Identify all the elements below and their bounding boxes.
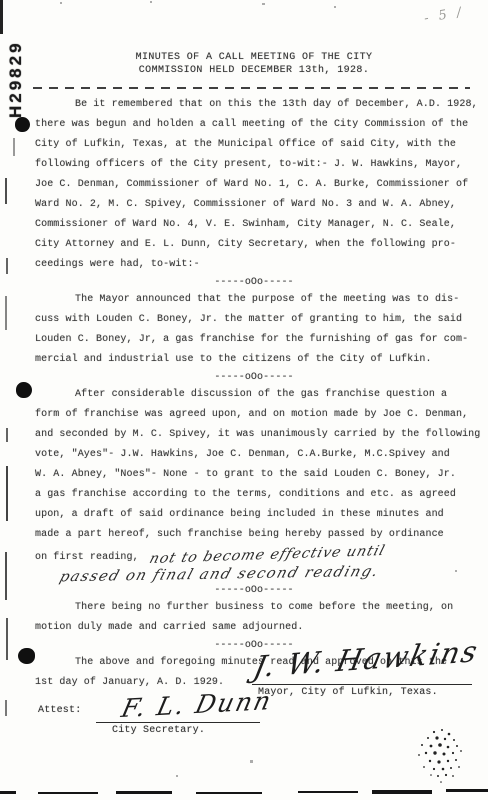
scan-edge-mark <box>298 791 358 793</box>
body-line: Joe C. Denman, Commissioner of Ward No. … <box>35 175 473 195</box>
scan-edge-mark <box>6 466 8 521</box>
scan-edge-mark <box>5 552 7 600</box>
body-line: Ward No. 2, M. C. Spivey, Commissioner o… <box>35 195 473 215</box>
scan-edge-mark <box>6 428 8 442</box>
body-line: mercial and industrial use to the citize… <box>35 350 473 370</box>
ink-blot <box>15 117 30 132</box>
secretary-title: City Secretary. <box>112 725 205 736</box>
scan-speck <box>334 6 336 8</box>
scan-edge-mark <box>6 618 8 660</box>
secretary-signature-line <box>96 722 260 723</box>
body-line: made a part hereof, such franchise being… <box>35 525 473 545</box>
body-line: W. A. Abney, "Noes"- None - to grant to … <box>35 465 473 485</box>
ink-blot <box>18 648 35 664</box>
heading-line-2: COMMISSION HELD DECEMBER 13th, 1928. <box>35 65 473 78</box>
body-line: There being no further business to come … <box>35 598 473 618</box>
scan-edge-mark <box>5 296 7 330</box>
typed-fragment: on first reading, <box>35 552 139 563</box>
mayor-title: Mayor, City of Lufkin, Texas. <box>258 687 438 698</box>
scan-edge-mark <box>6 258 8 274</box>
body-line: After considerable discussion of the gas… <box>35 385 473 405</box>
heading-line-1: MINUTES OF A CALL MEETING OF THE CITY <box>35 52 473 65</box>
body-line: Louden C. Boney, Jr, a gas franchise for… <box>35 330 473 350</box>
body-line: The Mayor announced that the purpose of … <box>35 290 473 310</box>
scan-speck <box>455 570 457 572</box>
body-line: motion duly made and carried same adjour… <box>35 618 473 638</box>
section-separator: -----oOo----- <box>35 370 473 385</box>
attest-label: Attest: <box>38 705 81 716</box>
scan-speck <box>60 2 62 4</box>
scan-speck <box>250 760 253 763</box>
body-line: a gas franchise according to the terms, … <box>35 485 473 505</box>
body-line: Commissioner of Ward No. 4, V. E. Swinha… <box>35 215 473 235</box>
body-line: following officers of the City present, … <box>35 155 473 175</box>
document-page: H29829 - 5 / MINUTES OF A CALL MEETING O… <box>0 0 488 800</box>
document-body: MINUTES OF A CALL MEETING OF THE CITY CO… <box>35 52 473 693</box>
body-line: Be it remembered that on this the 13th d… <box>35 95 473 115</box>
scan-edge-mark <box>196 792 262 794</box>
section-separator: -----oOo----- <box>35 275 473 290</box>
scan-edge-mark <box>38 792 98 794</box>
scan-speck <box>262 3 265 5</box>
body-line: vote, "Ayes"- J.W. Hawkins, Joe C. Denma… <box>35 445 473 465</box>
body-line: cuss with Louden C. Boney, Jr. the matte… <box>35 310 473 330</box>
mayor-signature-line <box>252 684 472 685</box>
scan-edge-mark <box>116 791 172 794</box>
ink-blot <box>16 382 32 398</box>
scan-edge-mark <box>5 178 7 204</box>
scan-speck <box>150 1 152 3</box>
scan-edge-mark <box>13 138 15 156</box>
body-line: and seconded by M. C. Spivey, it was una… <box>35 425 473 445</box>
pencil-page-note: - 5 / <box>423 5 465 27</box>
ink-smudge <box>404 720 470 791</box>
archive-stamp: H29829 <box>6 14 26 118</box>
body-line: upon, a draft of said ordinance being in… <box>35 505 473 525</box>
scan-edge-mark <box>0 0 3 34</box>
body-line: ceedings were had, to-wit:- <box>35 255 473 275</box>
scan-speck <box>176 775 178 777</box>
body-line: City of Lufkin, Texas, at the Municipal … <box>35 135 473 155</box>
scan-edge-mark <box>0 791 16 794</box>
dashed-rule <box>33 87 470 89</box>
body-line: there was begun and holden a call meetin… <box>35 115 473 135</box>
body-line: form of franchise was agreed upon, and o… <box>35 405 473 425</box>
scan-edge-mark <box>5 700 7 716</box>
body-line: City Attorney and E. L. Dunn, City Secre… <box>35 235 473 255</box>
